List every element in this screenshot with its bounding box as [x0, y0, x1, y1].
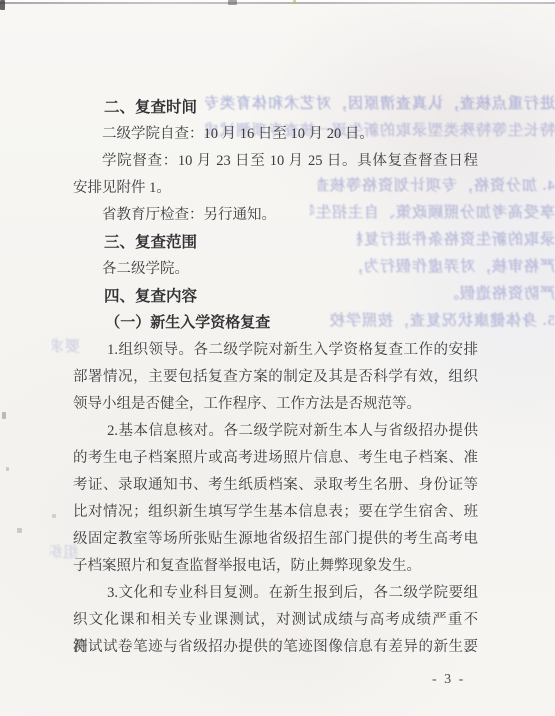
scan-speck: [293, 0, 296, 4]
scan-speck: [17, 528, 22, 533]
doc-line: 子档案照片和复查监督举报电话，防止舞弊现象发生。: [73, 553, 478, 580]
section-heading-review-time: 二、复查时间: [73, 94, 478, 121]
page-number: - 3 -: [432, 672, 492, 688]
doc-line: 2.基本信息核对。各二级学院对新生本人与省级招办提供: [73, 418, 478, 445]
scanned-document-page: 进行重点核查，认真查清原因，对艺术和体育类专业考生进行重点 特长生等特殊类型录取…: [0, 0, 555, 716]
doc-line: 1.组织领导。各二级学院对新生入学资格复查工作的安排: [73, 337, 478, 364]
doc-line: 织文化课和相关专业课测试，对测试成绩与高考成绩严重不符、: [73, 607, 478, 634]
scan-speck: [228, 0, 237, 5]
section-heading-review-scope: 三、复查范围: [73, 229, 478, 256]
doc-line: 安排见附件 1。: [73, 175, 478, 202]
doc-line: 学院督查：10 月 23 日至 10 月 25 日。具体复查督查日程: [73, 148, 478, 175]
doc-line: 领导小组是否健全，工作程序、工作方法是否规范等。: [73, 391, 478, 418]
doc-line: 部署情况，主要包括复查方案的制定及其是否科学有效，组织: [73, 364, 478, 391]
doc-line: 3.文化和专业科目复测。在新生报到后，各二级学院要组: [73, 580, 478, 607]
doc-line: 省教育厅检查：另行通知。: [73, 202, 478, 229]
doc-line: 的考生电子档案照片或高考进场照片信息、考生电子档案、准: [73, 445, 478, 472]
document-body: 二、复查时间 二级学院自查：10 月 16 日至 10 月 20 日。 学院督查…: [73, 94, 478, 661]
doc-line: 测试试卷笔迹与省级招办提供的笔迹图像信息有差异的新生要: [73, 634, 478, 661]
scan-edge-line: [0, 2, 555, 4]
scan-speck: [52, 514, 56, 518]
doc-line: 考证、录取通知书、考生纸质档案、录取考生名册、身份证等: [73, 472, 478, 499]
scan-speck: [2, 412, 6, 419]
scan-speck: [0, 0, 5, 10]
doc-line: 各二级学院。: [73, 256, 478, 283]
section-heading-review-content: 四、复查内容: [73, 283, 478, 310]
doc-line: 级固定教室等场所张贴生源地省级招生部门提供的考生高考电: [73, 526, 478, 553]
doc-line: 比对情况；组织新生填写学生基本信息表；要在学生宿舍、班: [73, 499, 478, 526]
subsection-heading-qualification-review: （一）新生入学资格复查: [73, 310, 478, 337]
doc-line: 二级学院自查：10 月 16 日至 10 月 20 日。: [73, 121, 478, 148]
scan-speck: [6, 467, 9, 471]
